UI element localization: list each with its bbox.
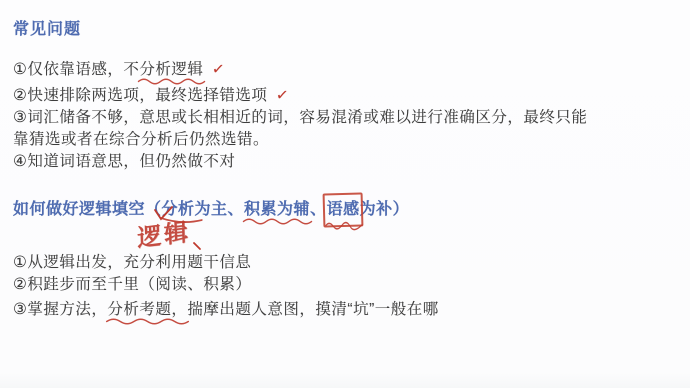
method-item-3-marked-text: 分析考题， [107, 297, 187, 319]
check-icon-1: ✓ [212, 59, 227, 78]
red-wavy-underline-icon [242, 217, 313, 226]
section2-title-pre: 如何做好逻辑填空（ [13, 201, 162, 218]
problem-item-1: ①仅依靠语感，不分析逻辑✓ [13, 57, 226, 79]
section1-title: 常见问题 [13, 16, 81, 39]
method-item-3-post: 揣摩出题人意图，摸清“坑”一般在哪 [187, 301, 438, 318]
problem-item-3-line-2: 靠猜选或者在综合分析后仍然选错。 [13, 127, 269, 149]
section2-title: 如何做好逻辑填空（分析为主、积累为辅、语感为补） [13, 196, 409, 219]
check-icon-2: ✓ [276, 85, 291, 104]
problem-item-1-marked-text: 分析逻辑 [139, 57, 203, 79]
method-item-3-pre: ③掌握方法， [13, 301, 107, 318]
section2-title-tail: 为补） [360, 201, 410, 218]
problem-item-2: ②快速排除两选项，最终选择错选项✓ [13, 83, 289, 105]
problem-item-2-text: ②快速排除两选项，最终选择错选项 [13, 87, 267, 104]
section2-title-intuition: 语感 [327, 196, 360, 219]
method-item-1: ①从逻辑出发，充分利用题干信息 [13, 250, 251, 272]
red-wavy-underline-icon [105, 317, 190, 326]
problem-item-4: ④知道词语意思，但仍然做不对 [13, 149, 235, 171]
method-item-2: ②积跬步而至千里（阅读、积累） [13, 272, 251, 294]
lecture-notes-page: 常见问题 ①仅依靠语感，不分析逻辑✓ ②快速排除两选项，最终选择错选项✓ ③词汇… [0, 0, 690, 388]
method-item-3: ③掌握方法，分析考题，揣摩出题人意图，摸清“坑”一般在哪 [13, 297, 439, 319]
problem-item-3-line-1: ③词汇储备不够，意思或长相相近的词，容易混淆或难以进行准确区分，最终只能 [13, 105, 587, 127]
handwritten-note: 逻辑 [137, 212, 192, 254]
red-wavy-underline-icon [325, 221, 363, 230]
problem-item-1-text: ①仅依靠语感，不 [13, 61, 139, 78]
section2-title-accumulate: 积累为辅 [244, 196, 310, 219]
